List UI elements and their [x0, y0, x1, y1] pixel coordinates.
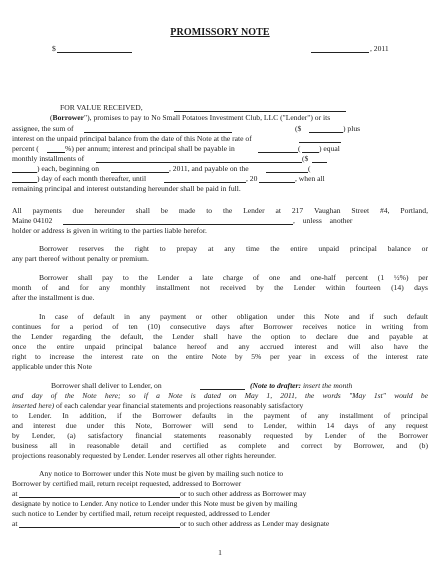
date-year: , 2011 — [370, 44, 389, 54]
borrower-term: Borrower — [53, 113, 85, 122]
para5-line1: In case of default in any payment or oth… — [39, 312, 428, 322]
installment-amount-number-blank[interactable] — [312, 154, 327, 163]
sum-words-blank[interactable] — [84, 124, 232, 133]
para5-line5: right to increase the interest rate on t… — [12, 352, 428, 362]
para3-line1: Borrower reserves the right to prepay at… — [39, 244, 428, 254]
installment-amount-number-blank-cont[interactable] — [12, 164, 37, 173]
end-date-blank[interactable] — [164, 174, 246, 183]
para6-line8: projections reasonably requested by Lend… — [12, 451, 428, 461]
para6-line7: business all in reasonable detail and ce… — [12, 441, 428, 451]
para6-line3: inserted here) of each calendar year fin… — [12, 401, 428, 411]
amount-label: $ — [52, 44, 56, 54]
para6-line4: to Lender. In addition, if the Borrower … — [12, 411, 428, 421]
para4-line1: Borrower shall pay to the Lender a late … — [39, 273, 428, 283]
lender-notice-address-blank[interactable] — [19, 519, 180, 528]
page-number: 1 — [0, 548, 440, 557]
para7-line1: Any notice to Borrower under this Note m… — [39, 469, 440, 479]
document-title: PROMISSORY NOTE — [0, 27, 440, 38]
drafter-note-label: (Note to drafter: — [250, 381, 301, 390]
borrower-address-blank[interactable] — [19, 489, 180, 498]
para5-line2: continues for a period of ten (10) conse… — [12, 322, 428, 332]
installments-words-blank[interactable] — [258, 144, 298, 153]
payment-day-words-blank[interactable] — [266, 164, 308, 173]
para7-line5: such notice to Lender by certified mail,… — [12, 509, 428, 519]
end-year-blank[interactable] — [259, 174, 295, 183]
para6-line2: and day of the Note here; so if a Note i… — [12, 391, 428, 401]
para5-line4: once the entire unpaid principal balance… — [12, 342, 428, 352]
para6-line5: and interest due under this Note, Borrow… — [12, 421, 428, 431]
para4-line3: after the installment is due. — [12, 293, 428, 303]
para3-line2: any part thereof without penalty or prem… — [12, 254, 428, 264]
para5-line3: the Lender regarding the default, the Le… — [12, 332, 428, 342]
rate-number-blank[interactable] — [47, 144, 65, 153]
rate-words-blank[interactable] — [299, 134, 341, 143]
installments-number-blank[interactable] — [302, 144, 319, 153]
installment-amount-words-blank[interactable] — [96, 154, 302, 163]
para7-line2: Borrower by certified mail, return recei… — [12, 479, 428, 489]
para6-line6: by Lender, (a) satisfactory financial st… — [12, 431, 428, 441]
start-date-blank[interactable] — [111, 164, 169, 173]
borrower-name-blank[interactable] — [174, 103, 346, 112]
para2-line3: holder or address is given in writing to… — [12, 226, 428, 236]
para5-line6: applicable under this Note — [12, 362, 428, 372]
document-page: PROMISSORY NOTE $ , 2011 FOR VALUE RECEI… — [0, 0, 440, 569]
para4-line2: month of and for any monthly installment… — [12, 283, 428, 293]
lender-address-blank[interactable] — [63, 216, 293, 225]
sum-number-blank[interactable] — [309, 124, 343, 133]
statement-date-blank[interactable] — [200, 381, 245, 390]
amount-blank[interactable] — [57, 44, 132, 53]
para7-line4: designate by notice to Lender. Any notic… — [12, 499, 428, 509]
date-blank[interactable] — [311, 44, 369, 53]
para2-line1: All payments due hereunder shall be made… — [12, 206, 428, 216]
payment-day-number-blank[interactable] — [12, 174, 37, 183]
